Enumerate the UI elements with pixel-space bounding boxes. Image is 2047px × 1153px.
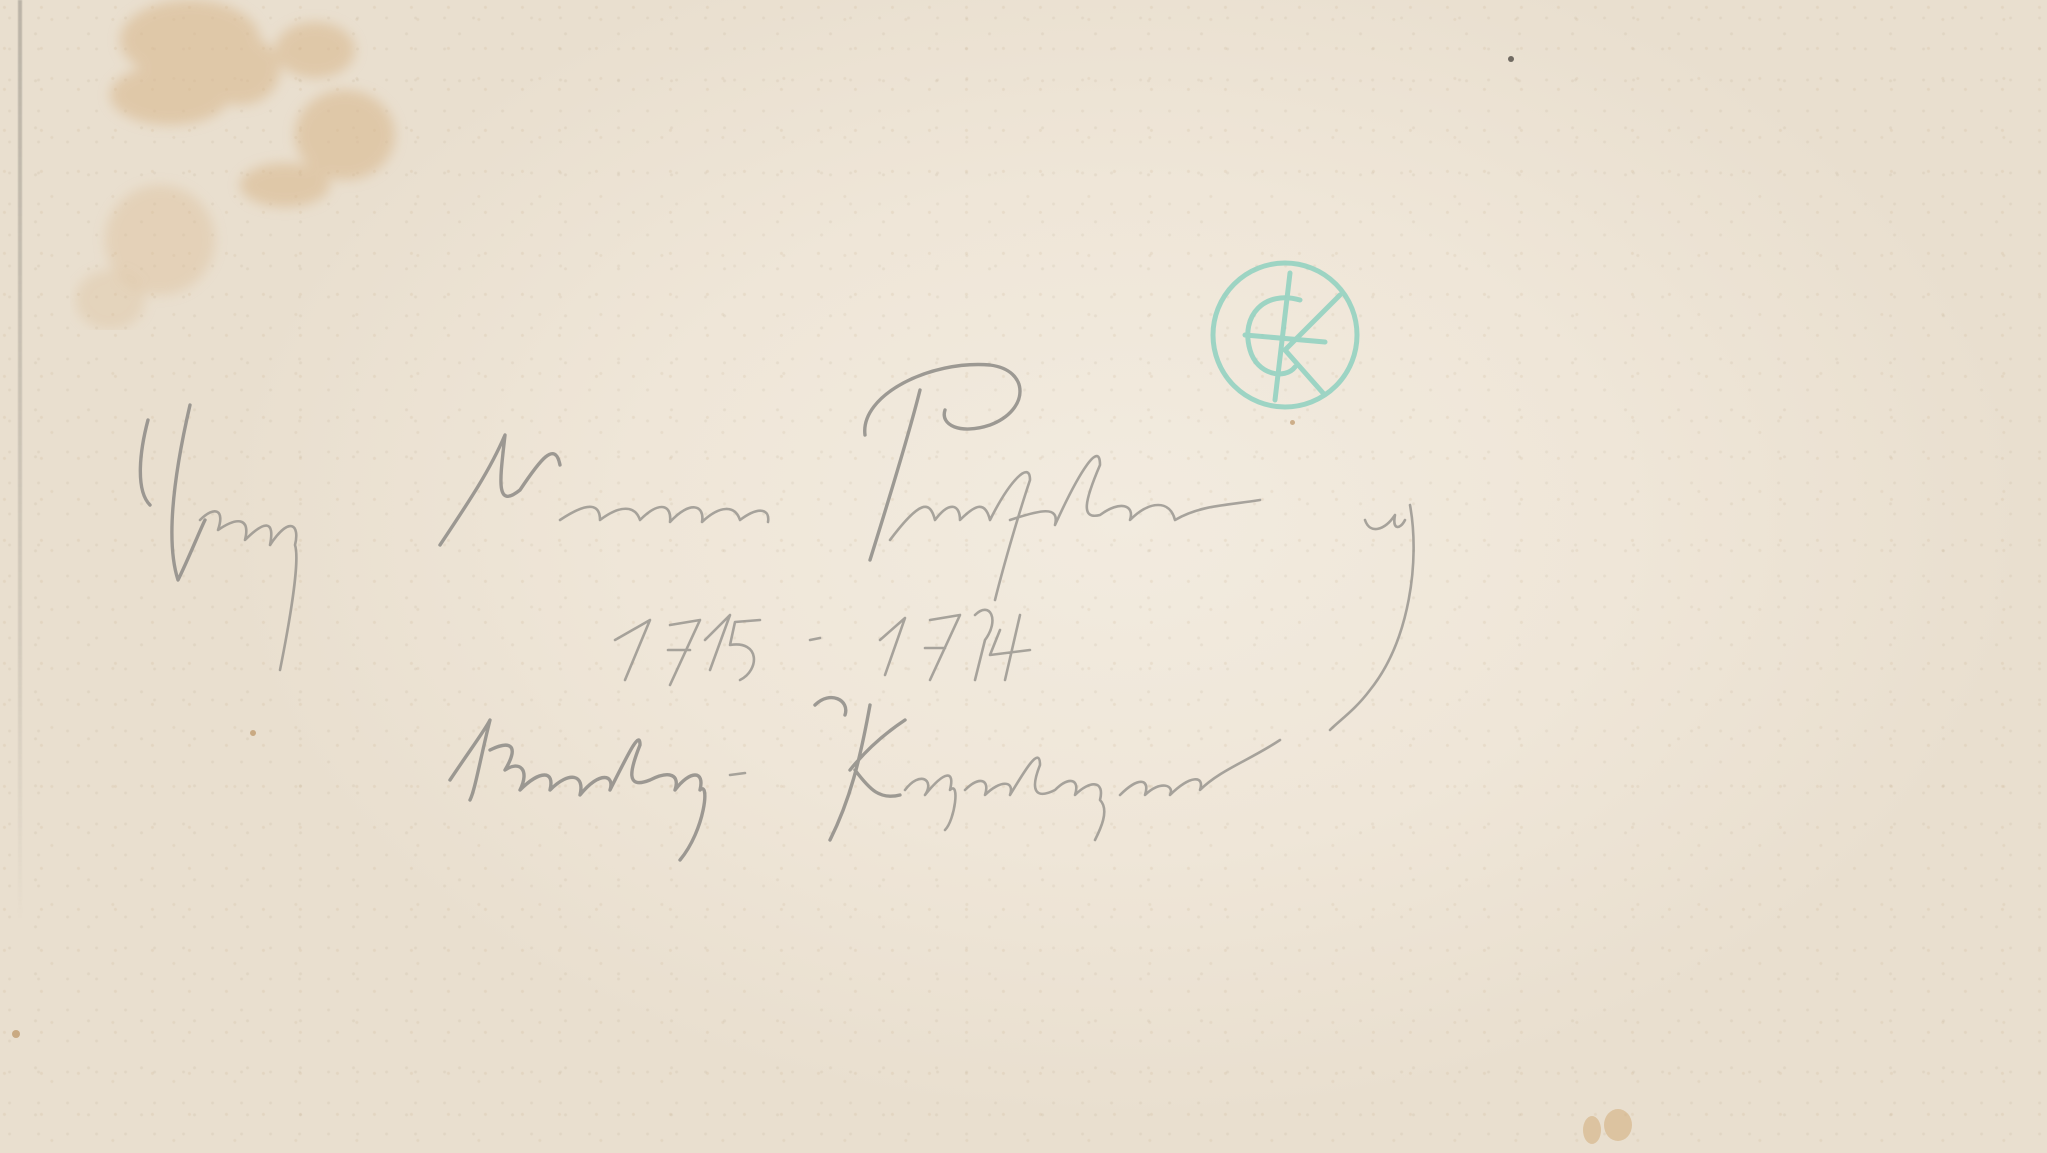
inscription-dates: 1715 - 1794 (610, 595, 1110, 674)
inscription-name: Georg Martin Preißler (140, 395, 1312, 507)
inscription-places: Nürnberg - Kopenhagen (440, 705, 1482, 795)
paper-sheet: Georg Martin Preißler 1715 - 1794 Nürnbe… (0, 0, 2047, 1153)
handwritten-inscription (0, 0, 2047, 1153)
